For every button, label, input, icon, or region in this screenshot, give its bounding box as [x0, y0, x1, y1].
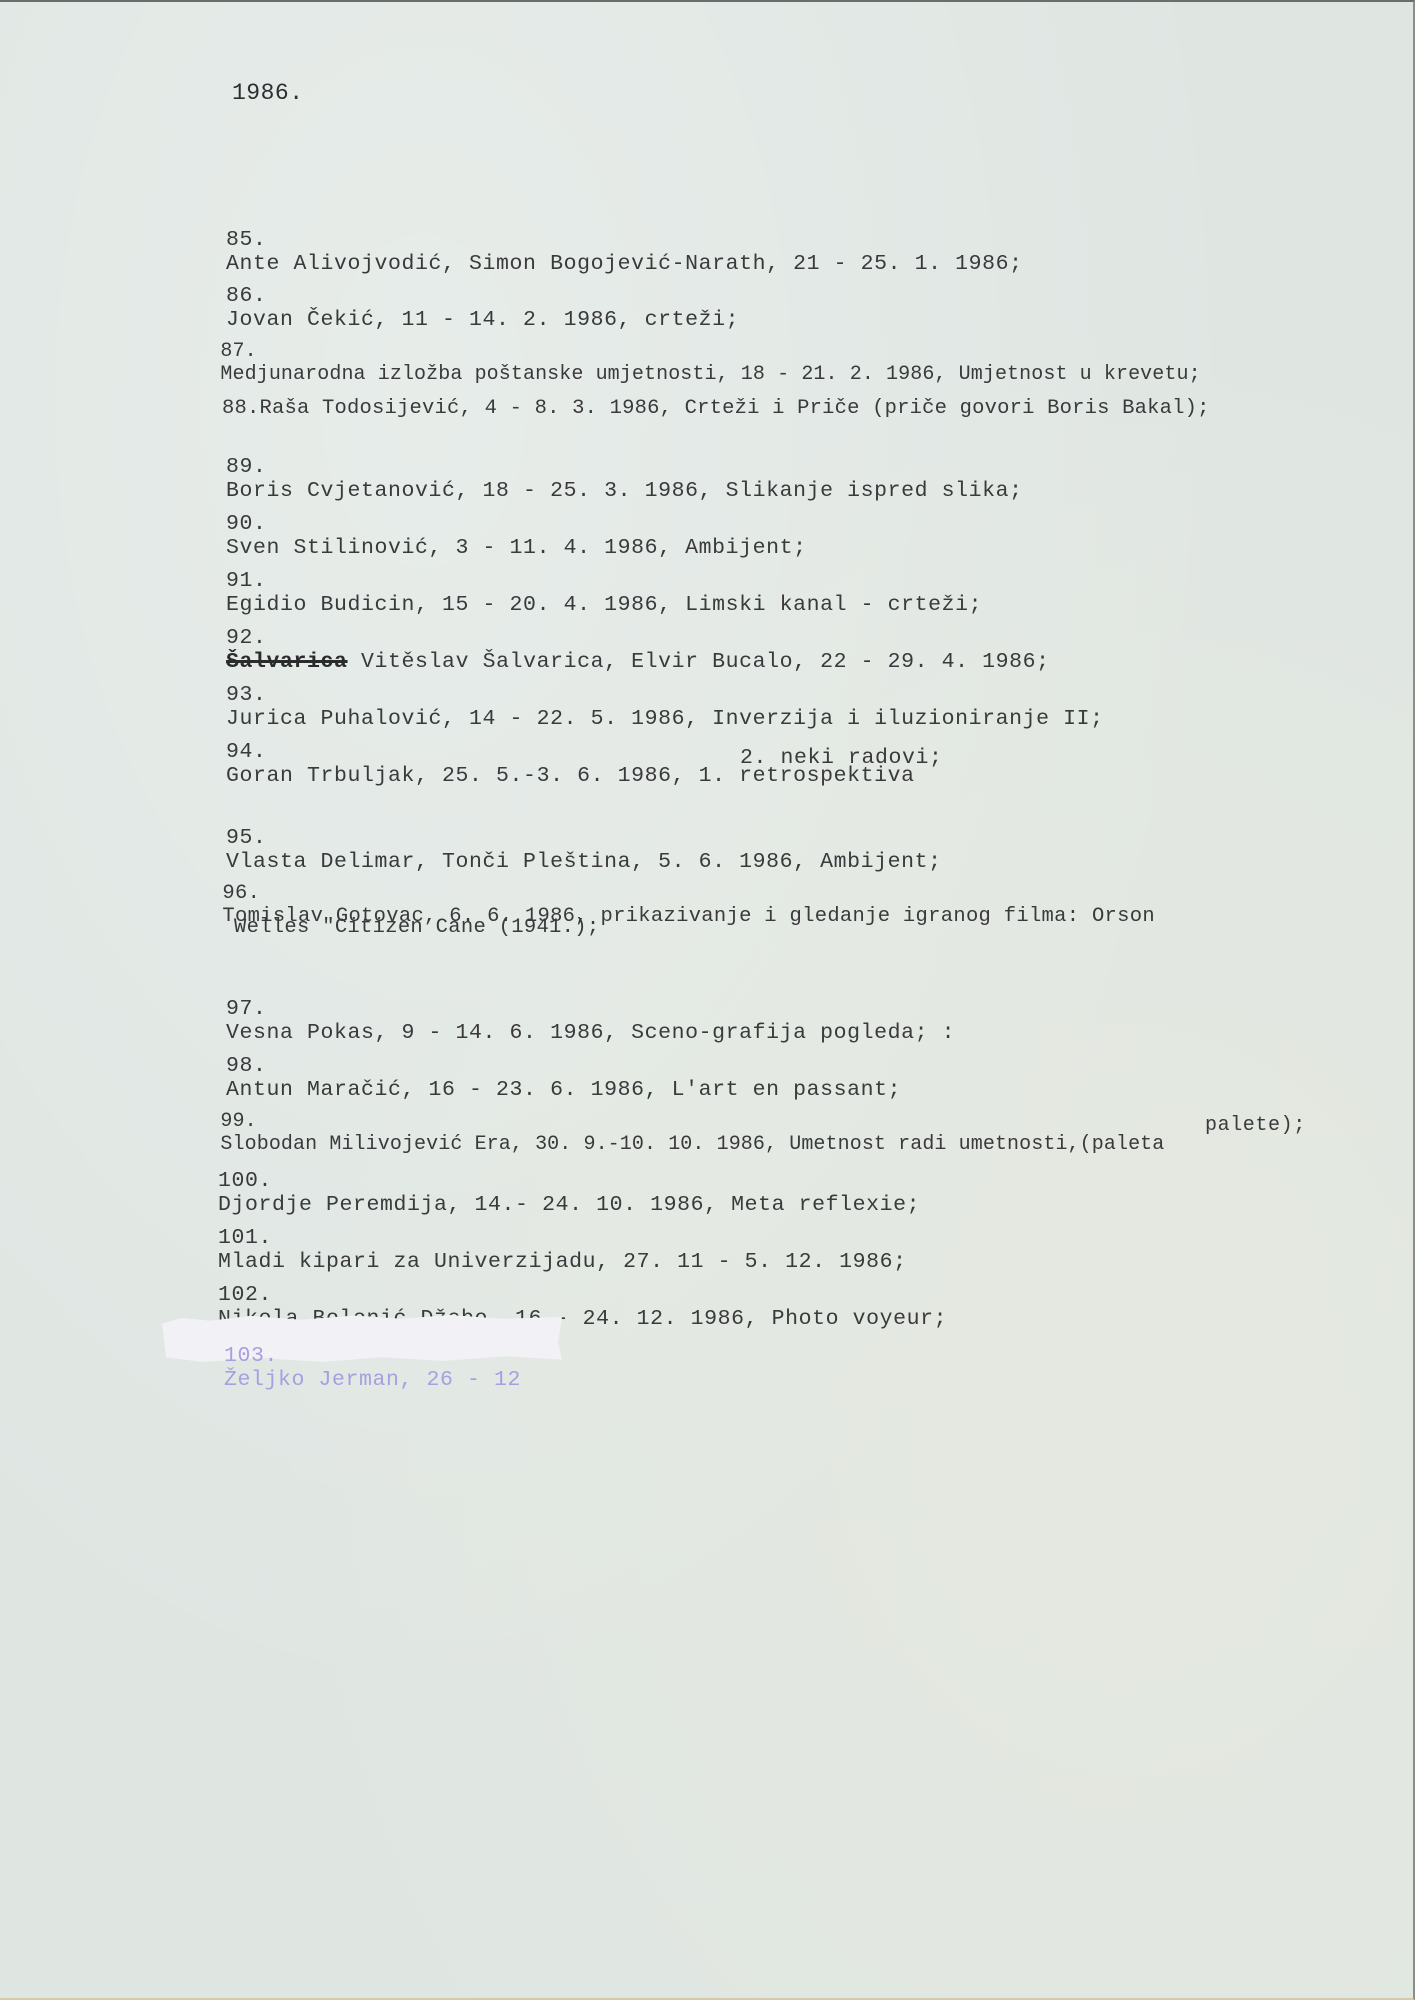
item-number: 92. [226, 626, 267, 650]
typewritten-page: 1986. 85. Ante Alivojvodić, Simon Bogoje… [0, 0, 1415, 2000]
year-heading: 1986. [232, 80, 304, 106]
item-number: 98. [226, 1054, 267, 1078]
item-number: 102. [218, 1283, 272, 1307]
item-text: Raša Todosijević, 4 - 8. 3. 1986, Crteži… [260, 397, 1210, 420]
list-item-99-continuation: palete); [1205, 1114, 1306, 1137]
item-number: 89. [226, 455, 267, 479]
item-number: 88. [222, 397, 260, 420]
item-number: 90. [226, 512, 267, 536]
item-number: 95. [226, 826, 267, 850]
item-number: 103. [224, 1344, 278, 1368]
item-number: 96. [222, 882, 260, 905]
item-text: Željko Jerman, 26 - 12 [224, 1368, 521, 1392]
item-number: 87. [220, 340, 256, 363]
item-number: 91. [226, 569, 267, 593]
list-item-96-continuation: Welles "Citizen Cane (1941.); [234, 916, 599, 939]
item-number: 101. [218, 1226, 272, 1250]
item-number: 100. [218, 1169, 272, 1193]
item-number: 94. [226, 740, 267, 764]
item-number: 99. [220, 1110, 256, 1133]
item-number: 93. [226, 683, 267, 707]
item-number: 85. [226, 228, 267, 252]
item-number: 97. [226, 997, 267, 1021]
list-item-94-continuation: 2. neki radovi; [740, 746, 943, 770]
item-number: 86. [226, 284, 267, 308]
list-item-103-faded: 103. Željko Jerman, 26 - 12 [170, 1320, 521, 1416]
